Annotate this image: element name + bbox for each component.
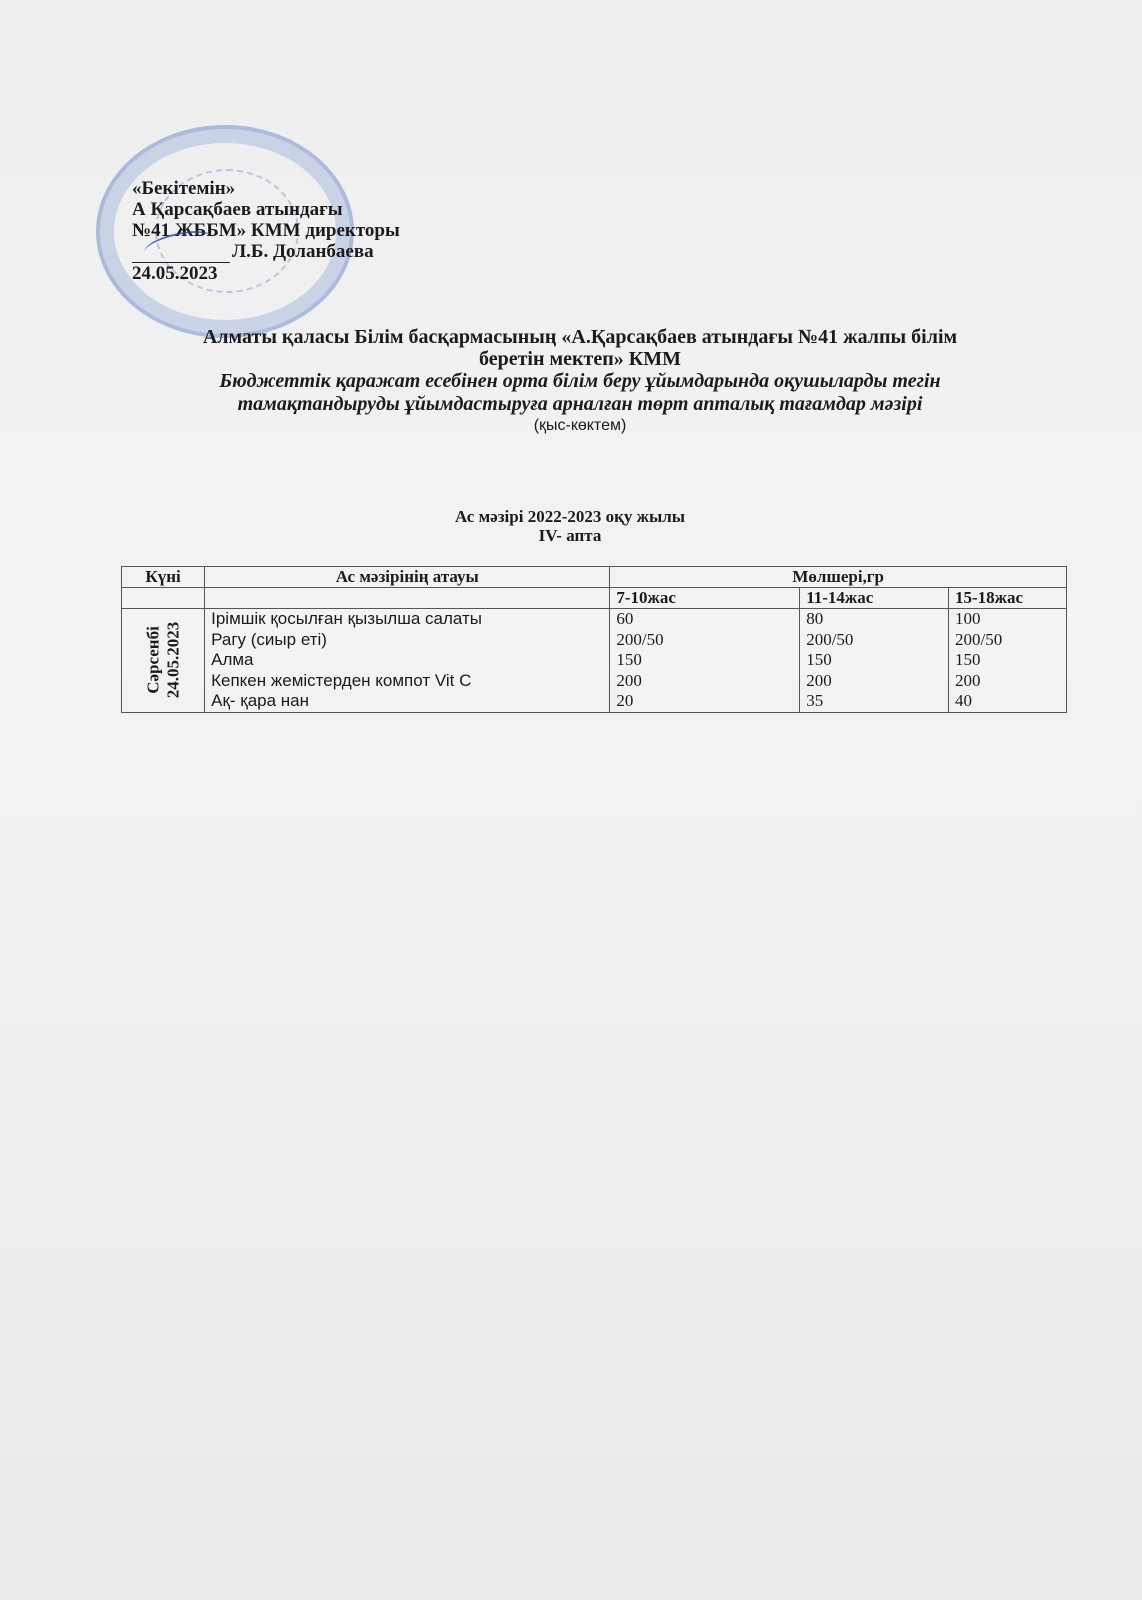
empty-cell — [205, 588, 610, 609]
amounts-11-14: 80 200/50 150 200 35 — [800, 609, 949, 713]
empty-cell — [122, 588, 205, 609]
day-cell: Сәрсенбі 24.05.2023 — [122, 609, 205, 713]
dish-names: Ірімшік қосылған қызылша салаты Рагу (си… — [205, 609, 610, 713]
dish-name: Ірімшік қосылған қызылша салаты — [211, 609, 603, 630]
amount-value: 80 — [806, 609, 942, 630]
subtitle-line2: тамақтандыруды ұйымдастыруға арналған тө… — [110, 393, 1050, 416]
signature-line — [132, 241, 230, 263]
header-amount: Мөлшері,гр — [610, 567, 1067, 588]
approval-block: «Бекітемін» А Қарсақбаев атындағы №41 ЖБ… — [132, 178, 400, 284]
amount-value: 150 — [806, 650, 942, 671]
amount-value: 150 — [955, 650, 1060, 671]
menu-table: Күні Ас мәзірінің атауы Мөлшері,гр 7-10ж… — [121, 566, 1067, 713]
amount-value: 200 — [955, 671, 1060, 692]
amount-value: 150 — [616, 650, 793, 671]
day-date: 24.05.2023 — [163, 622, 183, 699]
amount-value: 35 — [806, 691, 942, 712]
header-dish: Ас мәзірінің атауы — [205, 567, 610, 588]
org-name-line2: беретін мектеп» КММ — [110, 348, 1050, 370]
weekday: Сәрсенбі — [143, 622, 163, 699]
table-subheader-row: 7-10жас 11-14жас 15-18жас — [122, 588, 1067, 609]
amount-value: 200/50 — [616, 630, 793, 651]
amount-value: 40 — [955, 691, 1060, 712]
amounts-15-18: 100 200/50 150 200 40 — [948, 609, 1066, 713]
menu-title: Ас мәзірі 2022-2023 оқу жылы — [300, 507, 840, 526]
dish-name: Алма — [211, 650, 603, 671]
signer-name: Л.Б. Доланбаева — [232, 241, 374, 262]
day-label: Сәрсенбі 24.05.2023 — [143, 622, 183, 699]
header-day: Күні — [122, 567, 205, 588]
subtitle-line1: Бюджеттік қаражат есебінен орта білім бе… — [110, 370, 1050, 393]
amount-value: 200 — [806, 671, 942, 692]
document-page: «Бекітемін» А Қарсақбаев атындағы №41 ЖБ… — [0, 0, 1142, 1600]
table-row: Сәрсенбі 24.05.2023 Ірімшік қосылған қыз… — [122, 609, 1067, 713]
header-age-15-18: 15-18жас — [948, 588, 1066, 609]
org-name-line1: Алматы қаласы Білім басқармасының «А.Қар… — [110, 326, 1050, 348]
menu-title-block: Ас мәзірі 2022-2023 оқу жылы IV- апта — [300, 507, 840, 545]
dish-name: Кепкен жемістерден компот Vit C — [211, 671, 603, 692]
header-age-7-10: 7-10жас — [610, 588, 800, 609]
season-label: (қыс-көктем) — [110, 416, 1050, 436]
approval-date: 24.05.2023 — [132, 263, 400, 284]
amount-value: 20 — [616, 691, 793, 712]
table-header-row: Күні Ас мәзірінің атауы Мөлшері,гр — [122, 567, 1067, 588]
amount-value: 200 — [616, 671, 793, 692]
dish-name: Рагу (сиыр еті) — [211, 630, 603, 651]
dish-name: Ақ- қара нан — [211, 691, 603, 712]
amount-value: 200/50 — [955, 630, 1060, 651]
week-label: IV- апта — [300, 526, 840, 545]
approval-heading: «Бекітемін» — [132, 178, 400, 199]
header-age-11-14: 11-14жас — [800, 588, 949, 609]
approval-org: А Қарсақбаев атындағы — [132, 199, 400, 220]
amount-value: 60 — [616, 609, 793, 630]
approval-signer-line: Л.Б. Доланбаева — [132, 241, 400, 263]
document-header: Алматы қаласы Білім басқармасының «А.Қар… — [110, 326, 1050, 436]
amounts-7-10: 60 200/50 150 200 20 — [610, 609, 800, 713]
amount-value: 100 — [955, 609, 1060, 630]
amount-value: 200/50 — [806, 630, 942, 651]
